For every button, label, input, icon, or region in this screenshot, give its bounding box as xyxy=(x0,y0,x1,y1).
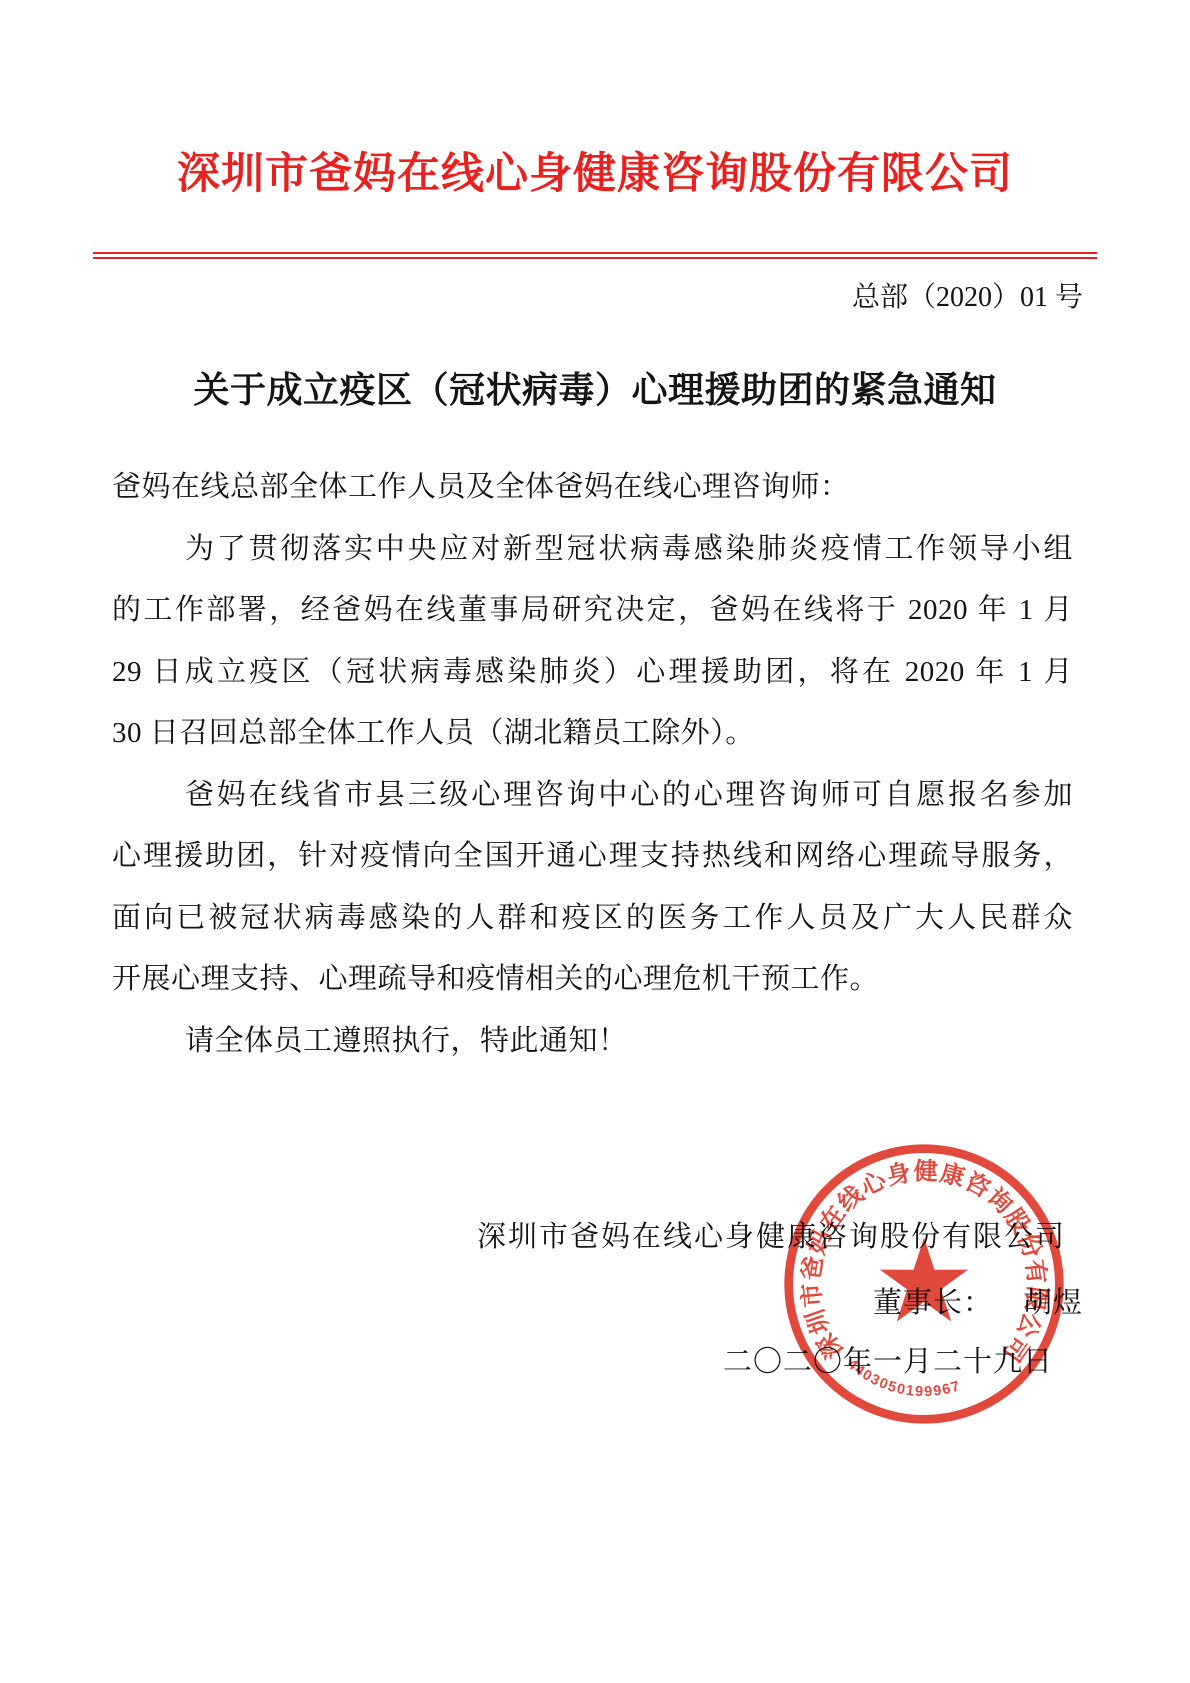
body-line-p3-1: 请全体员工遵照执行，特此通知！ xyxy=(112,1011,1073,1073)
body-line-p2-1: 爸妈在线省市县三级心理咨询中心的心理咨询师可自愿报名参加 xyxy=(112,765,1073,827)
seal-registration-number: 4403050199967 xyxy=(844,1356,963,1400)
notice-title: 关于成立疫区（冠状病毒）心理援助团的紧急通知 xyxy=(0,361,1190,419)
body-line-p1-2: 的工作部署，经爸妈在线董事局研究决定，爸妈在线将于 2020 年 1 月 xyxy=(112,580,1073,642)
company-seal-stamp: 深圳市爸妈在线心身健康咨询股份有限公司 4403050199967 xyxy=(779,1139,1069,1429)
seal-number-container: 4403050199967 xyxy=(844,1356,963,1400)
body-line-p2-4: 开展心理支持、心理疏导和疫情相关的心理危机干预工作。 xyxy=(112,949,1073,1011)
salutation-line: 爸妈在线总部全体工作人员及全体爸妈在线心理咨询师： xyxy=(112,457,1073,519)
letterhead-divider-line xyxy=(93,252,1097,259)
notice-body: 爸妈在线总部全体工作人员及全体爸妈在线心理咨询师：为了贯彻落实中央应对新型冠状病… xyxy=(112,457,1073,1072)
body-line-p2-2: 心理援助团，针对疫情向全国开通心理支持热线和网络心理疏导服务， xyxy=(112,826,1073,888)
body-line-p1-3: 29 日成立疫区（冠状病毒感染肺炎）心理援助团，将在 2020 年 1 月 xyxy=(112,642,1073,704)
letterhead-company-name: 深圳市爸妈在线心身健康咨询股份有限公司 xyxy=(0,146,1190,204)
body-line-p2-3: 面向已被冠状病毒感染的人群和疫区的医务工作人员及广大人民群众 xyxy=(112,888,1073,950)
body-line-p1-1: 为了贯彻落实中央应对新型冠状病毒感染肺炎疫情工作领导小组 xyxy=(112,519,1073,581)
document-number: 总部（2020）01 号 xyxy=(852,278,1083,318)
seal-star-icon xyxy=(880,1238,968,1322)
notice-document-page: 深圳市爸妈在线心身健康咨询股份有限公司 总部（2020）01 号 关于成立疫区（… xyxy=(0,0,1190,1683)
body-line-p1-4: 30 日召回总部全体工作人员（湖北籍员工除外）。 xyxy=(112,703,1073,765)
